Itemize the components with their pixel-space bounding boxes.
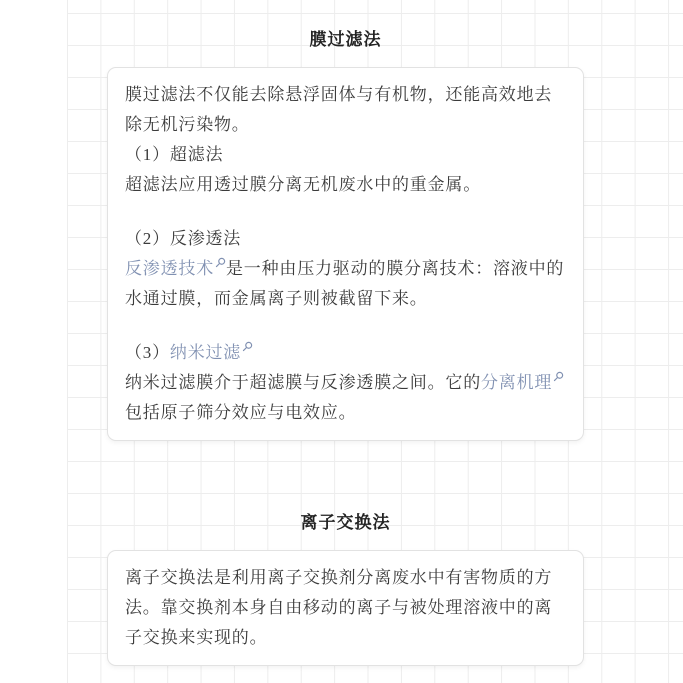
text-run: 超滤法应用透过膜分离无机废水中的重金属。: [125, 175, 481, 194]
text-run: 膜过滤法不仅能去除悬浮固体与有机物，还能高效地去除无机污染物。: [125, 85, 552, 134]
text-run: 包括原子筛分效应与电效应。: [125, 403, 356, 422]
text-run: （1）超滤法: [125, 145, 223, 164]
membrane-filtration-card: 膜过滤法不仅能去除悬浮固体与有机物，还能高效地去除无机污染物。（1）超滤法超滤法…: [107, 67, 584, 441]
search-icon[interactable]: [215, 257, 226, 268]
text-run: （3）: [125, 343, 170, 362]
text-run: 纳米过滤膜介于超滤膜与反渗透膜之间。它的: [125, 373, 481, 392]
blank-line: [125, 200, 566, 224]
text-run: （2）反渗透法: [125, 229, 241, 248]
section-membrane-filtration: 膜过滤法 膜过滤法不仅能去除悬浮固体与有机物，还能高效地去除无机污染物。（1）超…: [107, 30, 584, 441]
paragraph-line: 反渗透技术是一种由压力驱动的膜分离技术：溶液中的水通过膜，而金属离子则被截留下来…: [125, 254, 566, 314]
paragraph-line: （2）反渗透法: [125, 224, 566, 254]
section-ion-exchange: 离子交换法 离子交换法是利用离子交换剂分离废水中有害物质的方法。靠交换剂本身自由…: [107, 513, 584, 666]
paragraph-line: 膜过滤法不仅能去除悬浮固体与有机物，还能高效地去除无机污染物。: [125, 80, 566, 140]
paragraph-line: 纳米过滤膜介于超滤膜与反渗透膜之间。它的分离机理包括原子筛分效应与电效应。: [125, 368, 566, 428]
paragraph-line: （1）超滤法: [125, 140, 566, 170]
section-title-membrane-filtration: 膜过滤法: [107, 30, 584, 50]
ion-exchange-card: 离子交换法是利用离子交换剂分离废水中有害物质的方法。靠交换剂本身自由移动的离子与…: [107, 550, 584, 666]
note-content: 膜过滤法 膜过滤法不仅能去除悬浮固体与有机物，还能高效地去除无机污染物。（1）超…: [0, 0, 683, 666]
document-page: { "colors": { "page_background": "#fffff…: [0, 0, 683, 683]
section-title-ion-exchange: 离子交换法: [107, 513, 584, 533]
blank-line: [125, 314, 566, 338]
text-run: 离子交换法是利用离子交换剂分离废水中有害物质的方法。靠交换剂本身自由移动的离子与…: [125, 568, 552, 647]
entity-search-link[interactable]: 分离机理: [481, 373, 564, 392]
paragraph-line: （3）纳米过滤: [125, 338, 566, 368]
entity-search-link[interactable]: 纳米过滤: [170, 343, 253, 362]
paragraph-line: 离子交换法是利用离子交换剂分离废水中有害物质的方法。靠交换剂本身自由移动的离子与…: [125, 563, 566, 653]
entity-search-link[interactable]: 反渗透技术: [125, 259, 226, 278]
search-icon[interactable]: [553, 371, 564, 382]
paragraph-line: 超滤法应用透过膜分离无机废水中的重金属。: [125, 170, 566, 200]
search-icon[interactable]: [242, 341, 253, 352]
